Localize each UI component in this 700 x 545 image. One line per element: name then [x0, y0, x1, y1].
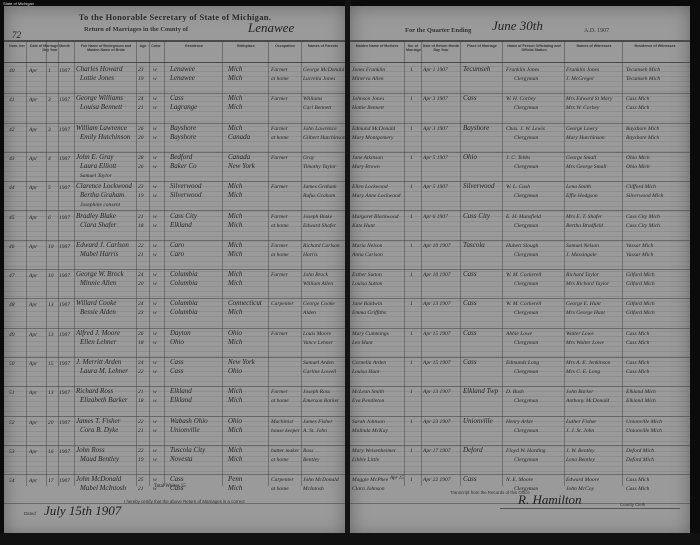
left-column-header: Num- ber Date of Marriage Month Day Year… — [4, 40, 346, 63]
table-row: 48 Apr 13 1907 Willard Cooke Bessie Alde… — [4, 298, 346, 328]
quarter-year: A.D. 1907 — [584, 28, 609, 34]
col-names: Full Name of Bridegroom and Maiden Name … — [76, 44, 136, 53]
county-name: Lenawee — [248, 20, 294, 36]
dated-label: Dated — [24, 511, 36, 516]
col-number: Num- ber — [8, 44, 26, 48]
marriage-number: 1 — [410, 475, 413, 485]
quarter-date: June 30th — [492, 18, 543, 34]
table-row: Edmund McDonald Mary Montgomery 1 Apr 3 … — [350, 123, 690, 153]
col-mothers: Maiden Name of Mothers — [352, 44, 402, 48]
col-witness-residence: Residence of Witnesses — [624, 44, 686, 48]
col-occupation: Occupation — [270, 44, 300, 48]
right-column-header: Maiden Name of Mothers No. of Marriage D… — [350, 40, 690, 63]
col-color: Color — [150, 44, 162, 48]
table-row: Mary Cummings Leo Hunt 1 Apr 15 1907 Cas… — [350, 328, 690, 358]
table-row: 47 Apr 10 1907 George W. Brock Minnie Al… — [4, 269, 346, 299]
col-parents: Names of Parents — [302, 44, 344, 48]
marriage-month: Apr — [29, 476, 37, 486]
table-row: 42 Apr 3 1907 William Lawrence Emily Hut… — [4, 123, 346, 153]
col-date: Date of Marriage Month Day Year — [28, 44, 72, 53]
right-register-page: For the Quarter Ending June 30th A.D. 19… — [350, 6, 690, 536]
return-date: Apr 22 1907 — [423, 475, 451, 485]
marriage-day: 17 — [48, 476, 54, 486]
marriage-year: 1907 — [59, 476, 70, 486]
table-row: Jones Franklin Minerva Allen 1 Apr 1 190… — [350, 64, 690, 94]
col-place: Place of Marriage — [462, 44, 502, 48]
table-row: Jane Baldwin Emma Griffiths 1 Apr 13 190… — [350, 298, 690, 328]
col-return-date: Date of Return Month Day Year — [422, 44, 460, 53]
witness-2-residence: Cass Mich — [626, 484, 649, 494]
page-number: 72 — [12, 30, 21, 40]
bride-mother: Clara Johnson — [352, 484, 385, 494]
col-birthplace: Birthplace — [224, 44, 268, 48]
dated-value: July 15th 1907 — [44, 503, 121, 519]
quarter-label: For the Quarter Ending — [405, 27, 471, 34]
certify-text: I hereby certify that the above Return o… — [124, 499, 245, 504]
register-subtitle: Return of Marriages in the County of — [84, 26, 188, 33]
register-title: To the Honorable Secretary of State of M… — [4, 12, 346, 22]
scan-bottom-border — [0, 533, 700, 545]
clerk-signature: R. Hamilton — [518, 492, 582, 508]
col-witnesses: Names of Witnesses — [566, 44, 622, 48]
col-age: Age — [138, 44, 148, 48]
marriage-place: Cass — [463, 474, 477, 484]
table-row: Esther Sutton Louisa Sutton 1 Apr 10 190… — [350, 269, 690, 299]
table-row: Johnson Jones Hattie Bennett 1 Apr 3 190… — [350, 93, 690, 123]
table-row: 49 Apr 13 1907 Alfred J. Moore Ellen Leh… — [4, 328, 346, 358]
signature-title: County Clerk — [620, 502, 645, 507]
table-row: 40 Apr 1 1907 Charles Howard Lottie Jone… — [4, 64, 346, 94]
bride-occupation: at home — [271, 484, 289, 494]
col-officiant: Name of Person Officiating and Official … — [504, 44, 564, 53]
entry-number: 54 — [9, 476, 15, 486]
total-whites: Total Whites 15 — [154, 484, 186, 489]
bride-age: 21 — [138, 484, 144, 494]
table-row: 41 Apr 3 1907 George Williams Louisa Ben… — [4, 93, 346, 123]
left-register-page: To the Honorable Secretary of State of M… — [4, 6, 346, 536]
bride-birthplace: Mich — [228, 483, 242, 493]
bride-name: Mabel McIntosh — [80, 483, 126, 493]
return-note: Apr 15 — [390, 476, 404, 481]
col-residence: Residence — [166, 44, 222, 48]
col-marriage-no: No. of Marriage — [406, 44, 420, 53]
father-name-bride: McIntosh — [303, 484, 324, 494]
